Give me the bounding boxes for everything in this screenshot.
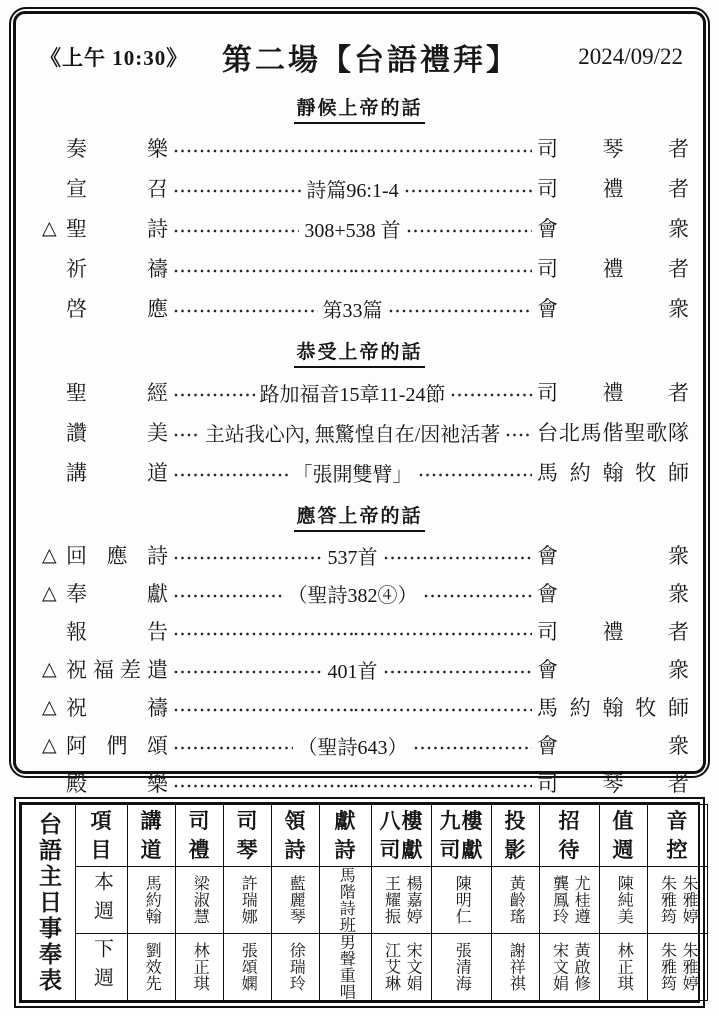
duty-cell: 謝祥祺: [492, 934, 540, 1001]
item-detail: 537首: [323, 541, 383, 570]
service-item: △ 祝福差遣 401首 會衆: [16, 650, 703, 688]
service-item: △ 阿們頌 （聖詩643） 會衆: [16, 726, 703, 764]
dot-leader: [173, 228, 299, 234]
dot-leader: [383, 555, 533, 561]
duty-cell: 梁淑慧: [176, 867, 224, 934]
col-header-song-leader: 領 詩: [272, 805, 320, 867]
item-label: 殿樂: [66, 768, 168, 798]
dot-leader: [418, 472, 533, 478]
item-performer: 會衆: [537, 540, 689, 570]
service-item: △ 奉獻 （聖詩382④） 會衆: [16, 574, 703, 612]
item-label: 啓應: [66, 293, 168, 323]
duty-cell: 藍麗琴: [272, 867, 320, 934]
item-performer: 司禮者: [537, 377, 689, 407]
duty-cell: 黃啟修 宋文娟: [540, 934, 600, 1001]
row-label: 本週: [76, 867, 128, 934]
item-performer: 會衆: [537, 578, 689, 608]
duty-cell: 宋文娟 江艾琳: [372, 934, 432, 1001]
duty-cell: 劉效先: [128, 934, 176, 1001]
stand-mark: △: [42, 544, 66, 567]
item-detail: 路加福音15章11-24節: [255, 378, 451, 407]
duty-table-title: 台語主日事奉表: [37, 812, 60, 994]
dot-leader: [173, 148, 353, 154]
col-header-ushers: 招 待: [540, 805, 600, 867]
stand-mark: △: [42, 734, 66, 757]
row-label: 下週: [76, 934, 128, 1001]
service-program-box: 《上午 10:30》 第二場【台語禮拜】 2024/09/22 靜候上帝的話 奏…: [9, 7, 710, 778]
dot-leader: [173, 392, 255, 398]
dot-leader: [404, 188, 532, 194]
dot-leader: [406, 228, 532, 234]
program-header: 《上午 10:30》 第二場【台語禮拜】 2024/09/22: [16, 30, 703, 84]
item-label: 聖詩: [66, 213, 168, 243]
dot-leader: [383, 669, 533, 675]
dot-leader: [353, 268, 533, 274]
col-header-liturgist: 司 禮: [176, 805, 224, 867]
item-performer: 司禮者: [537, 616, 689, 646]
item-performer: 司琴者: [537, 133, 689, 163]
page-title: 第二場【台語禮拜】: [208, 35, 533, 79]
item-performer: 台北馬偕聖歌隊: [537, 417, 689, 447]
dot-leader: [173, 472, 288, 478]
item-label: 阿們頌: [66, 730, 168, 760]
dot-leader: [353, 148, 533, 154]
item-performer: 會衆: [537, 730, 689, 760]
duty-roster-table: 台語主日事奉表 項 目 講 道 司 禮 司 琴 領 詩 獻 詩 八樓 司獻 九樓…: [14, 797, 705, 1008]
dot-leader: [173, 783, 353, 789]
item-detail: （聖詩382④）: [283, 579, 423, 608]
item-performer: 會衆: [537, 213, 689, 243]
dot-leader: [173, 669, 323, 675]
item-performer: 司禮者: [537, 253, 689, 283]
item-detail: 「張開雙臂」: [288, 458, 418, 487]
service-item: △ 祝禱 馬約翰牧師: [16, 688, 703, 726]
col-header-anthem: 獻 詩: [320, 805, 372, 867]
stand-mark: △: [42, 217, 66, 240]
item-label: 回應詩: [66, 540, 168, 570]
stand-mark: △: [42, 658, 66, 681]
col-header-projection: 投 影: [492, 805, 540, 867]
duty-cell: 徐瑞玲: [272, 934, 320, 1001]
dot-leader: [388, 308, 533, 314]
duty-table-title-cell: 台語主日事奉表: [22, 805, 76, 1001]
duty-cell: 尤桂遵 龔鳳玲: [540, 867, 600, 934]
service-item: 奏樂 司琴者: [16, 128, 703, 168]
item-performer: 司琴者: [537, 768, 689, 798]
col-header-week-duty: 值 週: [600, 805, 648, 867]
section-title-1: 靜候上帝的話: [16, 93, 703, 124]
duty-cell: 林正琪: [176, 934, 224, 1001]
table-row-this-week: 本週 馬約翰 梁淑慧 許瑞娜 藍麗琴 馬階詩班 楊嘉婷 王耀振 陳明仁 黃齡瑤 …: [22, 867, 708, 934]
dot-leader: [353, 631, 533, 637]
dot-leader: [173, 593, 283, 599]
dot-leader: [173, 308, 318, 314]
stand-mark: △: [42, 582, 66, 605]
duty-cell: 張清海: [432, 934, 492, 1001]
item-label: 宣召: [66, 173, 168, 203]
item-detail: 詩篇96:1-4: [301, 174, 403, 203]
section-title-2: 恭受上帝的話: [16, 337, 703, 368]
item-performer: 會衆: [537, 654, 689, 684]
duty-cell: 馬約翰: [128, 867, 176, 934]
section-3: △ 回應詩 537首 會衆 △ 奉獻 （聖詩382④） 會衆 報告: [16, 536, 703, 802]
dot-leader: [173, 268, 353, 274]
col-header-offering-8f: 八樓 司獻: [372, 805, 432, 867]
service-time: 《上午 10:30》: [40, 42, 208, 72]
duty-cell: 黃齡瑤: [492, 867, 540, 934]
duty-cell: 陳明仁: [432, 867, 492, 934]
duty-cell: 林正琪: [600, 934, 648, 1001]
item-performer: 馬約翰牧師: [537, 692, 689, 722]
duty-cell: 朱雅婷 朱雅筠: [648, 867, 708, 934]
col-header-pianist: 司 琴: [224, 805, 272, 867]
item-performer: 司禮者: [537, 173, 689, 203]
dot-leader: [173, 555, 323, 561]
service-date: 2024/09/22: [533, 44, 683, 70]
item-label: 奉獻: [66, 578, 168, 608]
service-item: △ 聖詩 308+538 首 會衆: [16, 208, 703, 248]
table-row-next-week: 下週 劉效先 林正琪 張頌嫻 徐瑞玲 男聲重唱 宋文娟 江艾琳 張清海 謝祥祺 …: [22, 934, 708, 1001]
col-header-audio: 音 控: [648, 805, 708, 867]
service-item: 報告 司禮者: [16, 612, 703, 650]
item-detail: （聖詩643）: [293, 731, 413, 760]
dot-leader: [353, 783, 533, 789]
item-label: 奏樂: [66, 133, 168, 163]
item-label: 祝禱: [66, 692, 168, 722]
dot-leader: [173, 631, 353, 637]
item-performer: 馬約翰牧師: [537, 457, 689, 487]
dot-leader: [413, 745, 533, 751]
service-item: 祈禱 司禮者: [16, 248, 703, 288]
item-detail: 主站我心內, 無驚惶自在/因祂活著: [200, 418, 506, 447]
dot-leader: [173, 707, 353, 713]
item-label: 讚美: [66, 417, 168, 447]
dot-leader: [450, 392, 532, 398]
dot-leader: [423, 593, 533, 599]
service-item: △ 回應詩 537首 會衆: [16, 536, 703, 574]
item-detail: 第33篇: [318, 294, 388, 323]
section-title-3: 應答上帝的話: [16, 501, 703, 532]
item-label: 報告: [66, 616, 168, 646]
service-item: 宣召 詩篇96:1-4 司禮者: [16, 168, 703, 208]
service-item: 讚美 主站我心內, 無驚惶自在/因祂活著 台北馬偕聖歌隊: [16, 412, 703, 452]
col-header-sermon: 講 道: [128, 805, 176, 867]
dot-leader: [353, 707, 533, 713]
duty-cell: 張頌嫻: [224, 934, 272, 1001]
item-label: 聖經: [66, 377, 168, 407]
dot-leader: [505, 432, 532, 438]
duty-cell: 男聲重唱: [320, 934, 372, 1001]
section-2: 聖經 路加福音15章11-24節 司禮者 讚美 主站我心內, 無驚惶自在/因祂活…: [16, 372, 703, 492]
service-item: 啓應 第33篇 會衆: [16, 288, 703, 328]
item-performer: 會衆: [537, 293, 689, 323]
service-item: 聖經 路加福音15章11-24節 司禮者: [16, 372, 703, 412]
col-header-item: 項 目: [76, 805, 128, 867]
dot-leader: [173, 745, 293, 751]
duty-cell: 許瑞娜: [224, 867, 272, 934]
service-program-inner: 《上午 10:30》 第二場【台語禮拜】 2024/09/22 靜候上帝的話 奏…: [13, 11, 706, 774]
item-label: 祝福差遣: [66, 654, 168, 684]
stand-mark: △: [42, 696, 66, 719]
item-detail: 308+538 首: [299, 214, 405, 243]
duty-cell: 朱雅婷 朱雅筠: [648, 934, 708, 1001]
service-item: 講道 「張開雙臂」 馬約翰牧師: [16, 452, 703, 492]
dot-leader: [173, 188, 301, 194]
dot-leader: [173, 432, 200, 438]
col-header-offering-9f: 九樓 司獻: [432, 805, 492, 867]
duty-cell: 馬階詩班: [320, 867, 372, 934]
item-label: 祈禱: [66, 253, 168, 283]
item-detail: 401首: [323, 655, 383, 684]
item-label: 講道: [66, 457, 168, 487]
duty-cell: 陳純美: [600, 867, 648, 934]
duty-cell: 楊嘉婷 王耀振: [372, 867, 432, 934]
section-1: 奏樂 司琴者 宣召 詩篇96:1-4 司禮者 △ 聖詩 308+538 首: [16, 128, 703, 328]
